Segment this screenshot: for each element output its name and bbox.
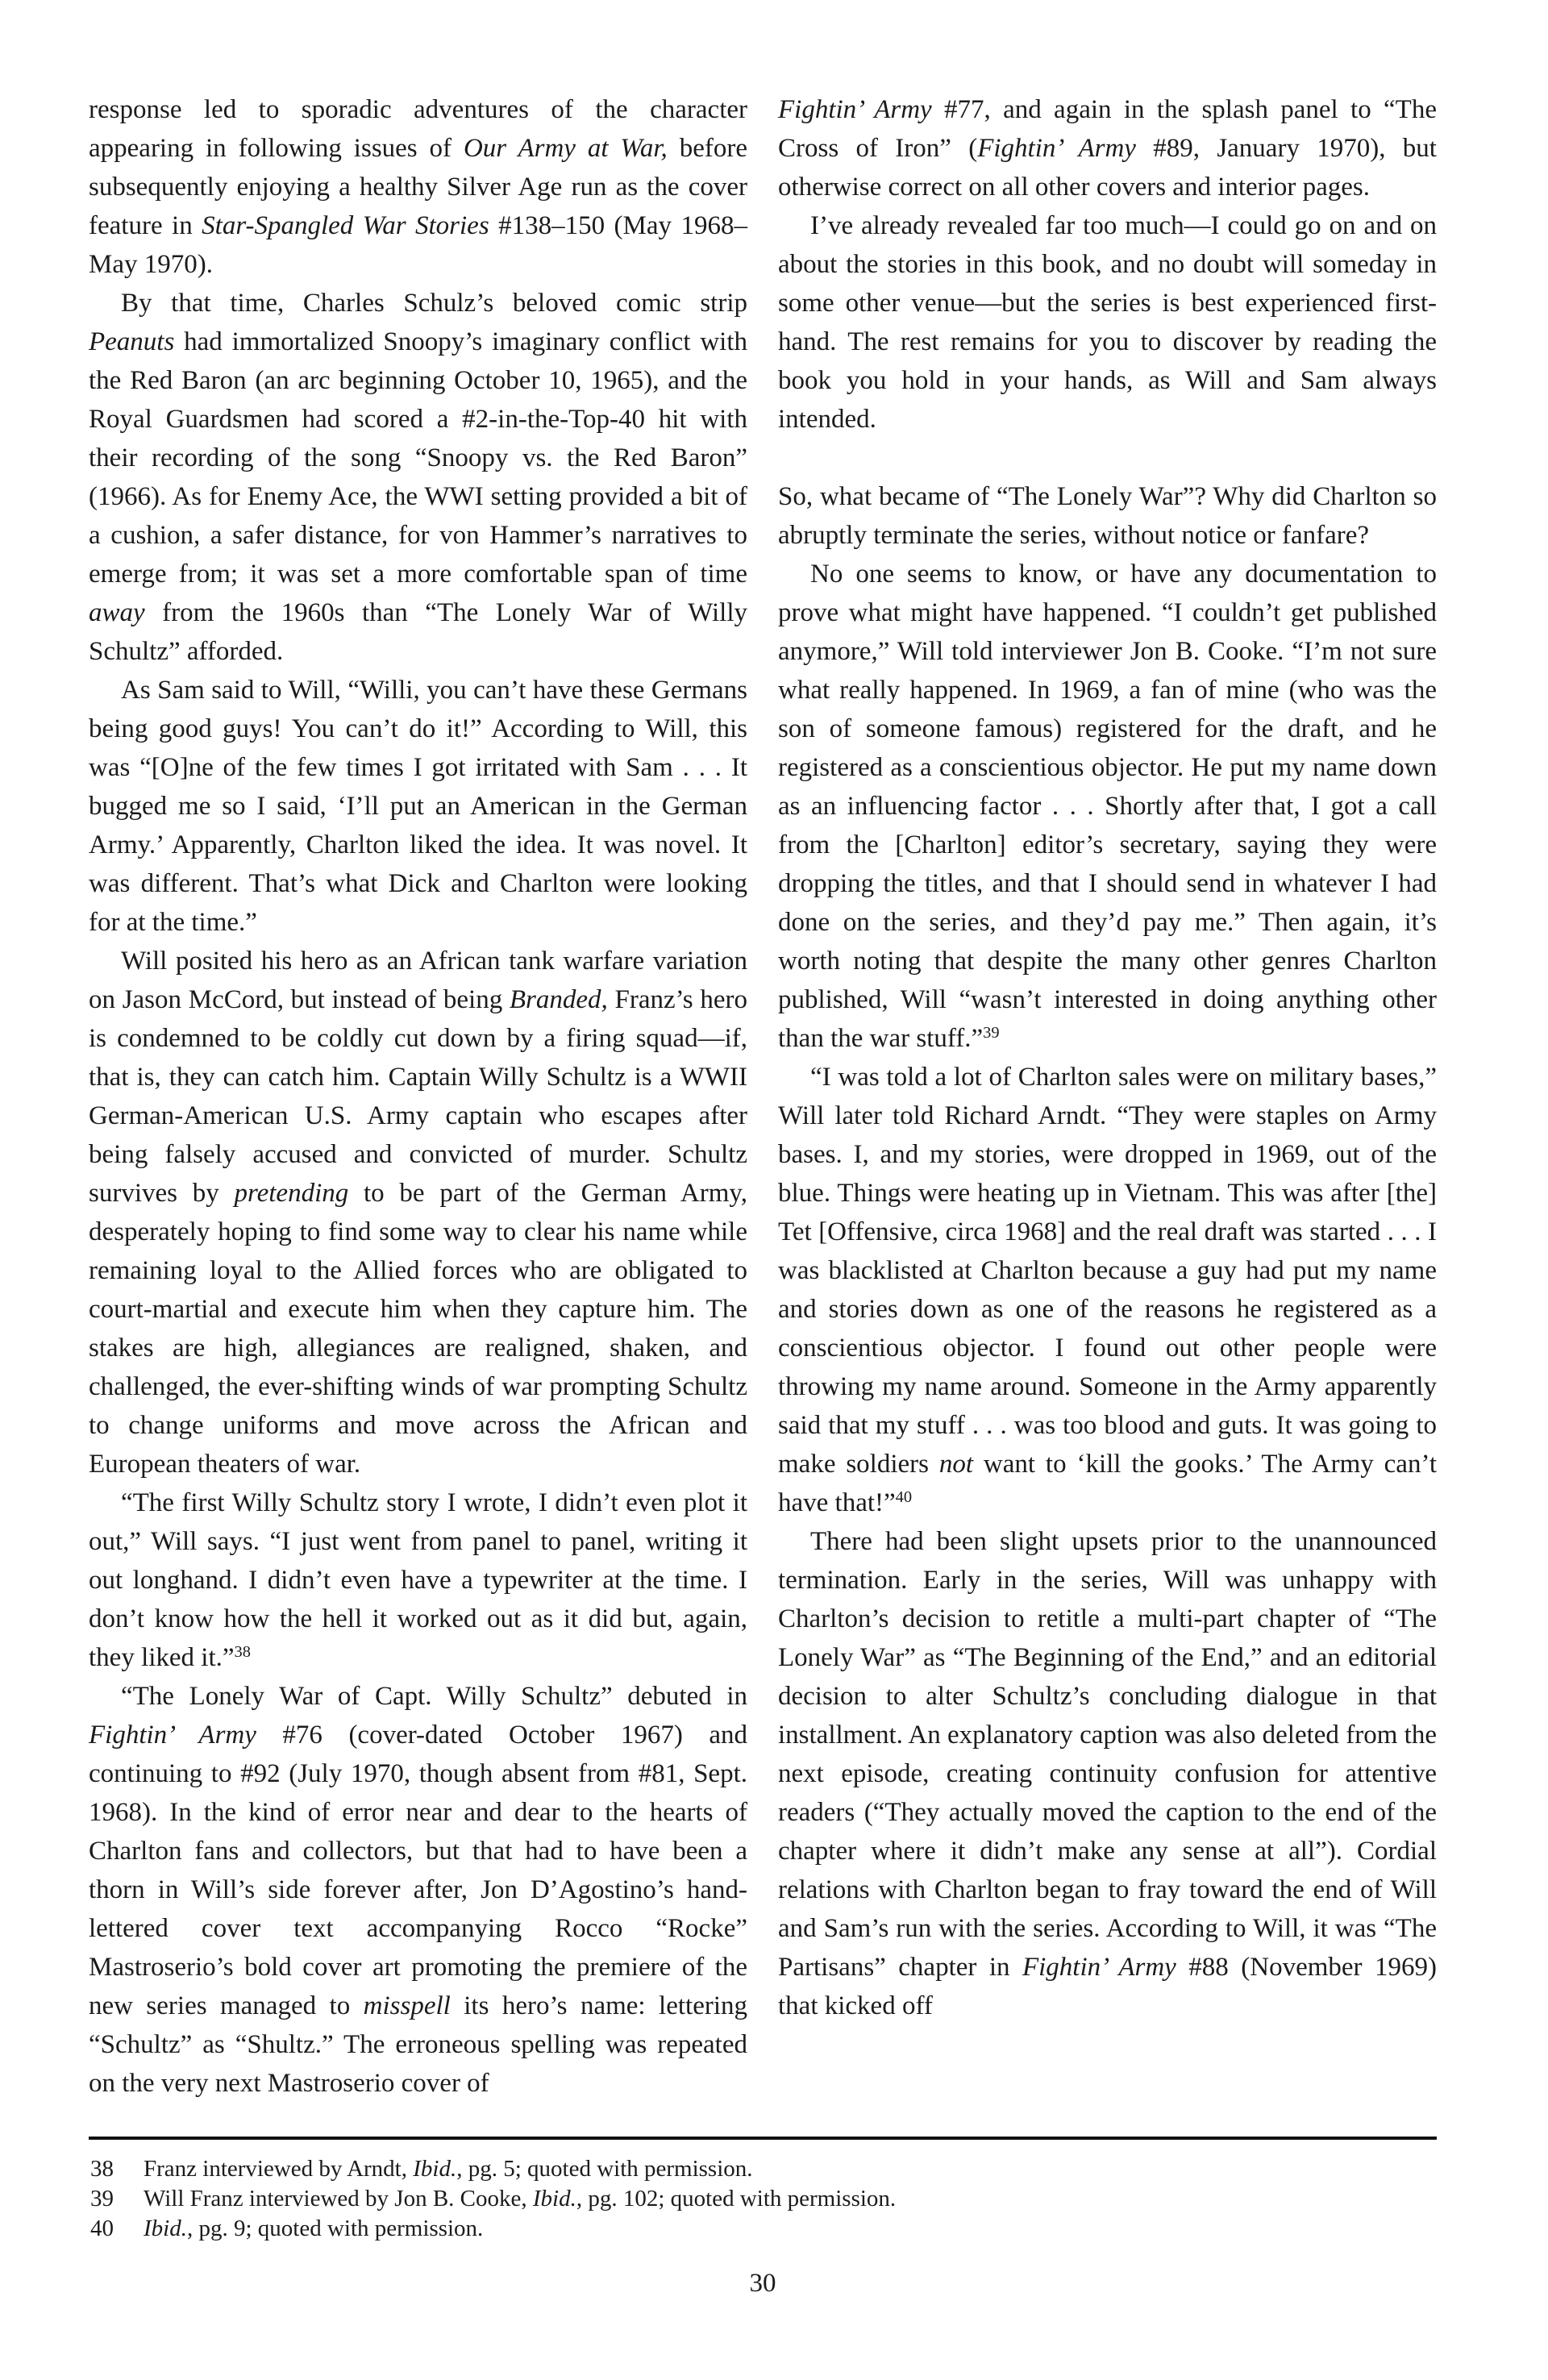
left-column: response led to sporadic adventures of t…	[89, 90, 747, 2103]
text-run: Franz’s hero is condemned to be coldly c…	[89, 985, 747, 1208]
italic-text: Star-Spangled War Stories	[202, 211, 489, 240]
text-run: “I was told a lot of Charlton sales were…	[778, 1063, 1437, 1479]
text-run: to be part of the German Army, desperate…	[89, 1179, 747, 1479]
paragraph: Fightin’ Army #77, and again in the spla…	[778, 90, 1437, 206]
text-run: So, what became of “The Lonely War”? Why…	[778, 482, 1437, 550]
paragraph: response led to sporadic adventures of t…	[89, 90, 747, 284]
footnote-reference: 40	[896, 1488, 912, 1506]
text-run: As Sam said to Will, “Willi, you can’t h…	[89, 676, 747, 937]
italic-text: Our Army at War,	[464, 134, 668, 163]
footnotes: 38Franz interviewed by Arndt, Ibid., pg.…	[89, 2154, 1437, 2244]
text-run: , pg. 9; quoted with permission.	[187, 2216, 483, 2241]
text-run: #76 (cover-dated October 1967) and conti…	[89, 1721, 747, 2020]
text-run: No one seems to know, or have any docume…	[778, 560, 1437, 1053]
paragraph: No one seems to know, or have any docume…	[778, 555, 1437, 1058]
italic-text: Branded,	[510, 985, 608, 1014]
paragraph: “I was told a lot of Charlton sales were…	[778, 1058, 1437, 1522]
footnote-reference: 38	[235, 1643, 251, 1661]
paragraph: By that time, Charles Schulz’s beloved c…	[89, 284, 747, 671]
footnote-divider	[89, 2137, 1437, 2140]
text-run: , pg. 102; quoted with permission.	[576, 2186, 896, 2211]
text-run: I’ve already revealed far too much—I cou…	[778, 211, 1437, 434]
paragraph: Will posited his hero as an African tank…	[89, 942, 747, 1483]
body-text: response led to sporadic adventures of t…	[89, 90, 1437, 2103]
italic-text: misspell	[364, 1991, 451, 2020]
italic-text: Ibid.	[413, 2156, 456, 2182]
paragraph: I’ve already revealed far too much—I cou…	[778, 206, 1437, 439]
paragraph: There had been slight upsets prior to th…	[778, 1522, 1437, 2025]
book-page: response led to sporadic adventures of t…	[0, 0, 1548, 2380]
paragraph: “The Lonely War of Capt. Willy Schultz” …	[89, 1677, 747, 2103]
footnote: 40Ibid., pg. 9; quoted with permission.	[89, 2214, 1437, 2244]
italic-text: not	[939, 1450, 973, 1479]
italic-text: pretending	[235, 1179, 349, 1208]
footnote-number: 39	[90, 2184, 114, 2214]
italic-text: Fightin’ Army	[778, 95, 932, 124]
text-run: had immortalized Snoopy’s imaginary conf…	[89, 327, 747, 589]
footnote: 39Will Franz interviewed by Jon B. Cooke…	[89, 2184, 1437, 2214]
text-run: from the 1960s than “The Lonely War of W…	[89, 598, 747, 666]
text-run: “The Lonely War of Capt. Willy Schultz” …	[121, 1682, 747, 1711]
paragraph: As Sam said to Will, “Willi, you can’t h…	[89, 671, 747, 942]
paragraph: “The first Willy Schultz story I wrote, …	[89, 1483, 747, 1677]
italic-text: Fightin’ Army	[977, 134, 1136, 163]
page-number: 30	[89, 2267, 1437, 2299]
right-column: Fightin’ Army #77, and again in the spla…	[778, 90, 1437, 2103]
text-run: , pg. 5; quoted with permission.	[456, 2156, 752, 2182]
footnote-number: 38	[90, 2154, 114, 2184]
italic-text: away	[89, 598, 145, 627]
paragraph: So, what became of “The Lonely War”? Why…	[778, 477, 1437, 555]
footnote: 38Franz interviewed by Arndt, Ibid., pg.…	[89, 2154, 1437, 2184]
text-run: By that time, Charles Schulz’s beloved c…	[121, 289, 747, 318]
italic-text: Fightin’ Army	[89, 1721, 256, 1750]
italic-text: Ibid.	[533, 2186, 576, 2211]
italic-text: Fightin’ Army	[1022, 1953, 1176, 1982]
text-run: Franz interviewed by Arndt,	[144, 2156, 413, 2182]
text-run: “The first Willy Schultz story I wrote, …	[89, 1488, 747, 1672]
text-run: Will Franz interviewed by Jon B. Cooke,	[144, 2186, 533, 2211]
footnote-number: 40	[90, 2214, 114, 2244]
footnote-reference: 39	[983, 1024, 999, 1042]
text-run: There had been slight upsets prior to th…	[778, 1527, 1437, 1982]
italic-text: Ibid.	[144, 2216, 187, 2241]
italic-text: Peanuts	[89, 327, 174, 356]
